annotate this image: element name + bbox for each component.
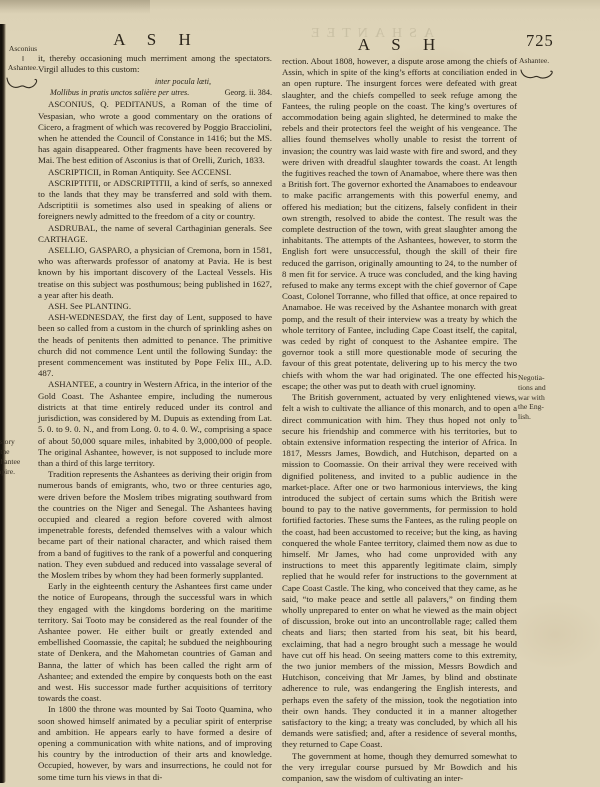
paragraph-early-18th-century: Early in the eighteenth century the Asha… xyxy=(38,581,272,704)
margin-note-ashantee: Ashantee. xyxy=(519,56,565,82)
scanned-book-page: { "page": { "running_head_left": "A S H"… xyxy=(0,0,600,787)
text-column-right: rection. About 1808, however, a dispute … xyxy=(282,56,517,784)
margin-note-line: lish. xyxy=(518,412,564,422)
running-head-right: A S H xyxy=(282,35,517,55)
quote-line: Mollibus in pratis unctos salière per ut… xyxy=(50,87,189,98)
margin-note-line: ‖ xyxy=(5,54,41,64)
margin-note-line: Ashantee xyxy=(0,457,36,467)
entry-ash-wednesday: ASH-WEDNESDAY, the first day of Lent, su… xyxy=(38,312,272,379)
entry-asconius: ASCONIUS, Q. PEDITANUS, a Roman of the t… xyxy=(38,99,272,166)
paragraph-in-1800: In 1800 the throne was mounted by Sai To… xyxy=(38,704,272,782)
margin-note-line: Ashantee. xyxy=(519,56,565,66)
entry-ashantee: ASHANTEE, a country in Western Africa, i… xyxy=(38,379,272,469)
entry-asdrubal: ASDRUBAL, the name of several Carthagini… xyxy=(38,223,272,245)
margin-note-history-of-ashantee-empire: History of the Ashantee empire. xyxy=(0,437,36,477)
entry-ash: ASH. See PLANTING. xyxy=(38,301,272,312)
running-head-left: A S H xyxy=(38,30,272,50)
margin-note-line: History xyxy=(0,437,36,447)
paragraph-government-at-home: The government at home, though they demu… xyxy=(282,751,517,785)
scan-edge-shadow xyxy=(0,24,6,783)
quote-line: inter pocula læti, xyxy=(38,76,272,87)
paragraph-about-1808: rection. About 1808, however, a dispute … xyxy=(282,56,517,392)
margin-note-line: the Eng- xyxy=(518,402,564,412)
entry-ascripticii: ASCRIPTICII, in Roman Antiquity. See ACC… xyxy=(38,167,272,178)
scan-top-shadow xyxy=(0,0,150,14)
entry-asellio: ASELLIO, GASPARO, a physician of Cremona… xyxy=(38,245,272,301)
margin-note-line: war with xyxy=(518,393,564,403)
margin-note-line: empire. xyxy=(0,467,36,477)
brace-flourish-icon xyxy=(5,75,41,93)
margin-note-line: Negotia- xyxy=(518,373,564,383)
margin-note-negotiations-and-war: Negotia- tions and war with the Eng- lis… xyxy=(518,373,564,422)
entry-ascriptitii: ASCRIPTITII, or ADSCRIPTITII, a kind of … xyxy=(38,178,272,223)
text-column-left: it, thereby occasioning much merriment a… xyxy=(38,53,272,783)
paragraph-tradition: Tradition represents the Ashantees as de… xyxy=(38,469,272,581)
margin-note-line: Ashantee. xyxy=(5,63,41,73)
paragraph-british-government: The British government, actuated by very… xyxy=(282,392,517,751)
verse-quotation: inter pocula læti, Mollibus in pratis un… xyxy=(38,76,272,98)
page-number: 725 xyxy=(526,31,554,51)
margin-note-line: of the xyxy=(0,447,36,457)
margin-note-asconius-ashantee: Asconius ‖ Ashantee. xyxy=(5,44,41,93)
quote-citation: Georg. ii. 384. xyxy=(219,87,272,98)
margin-note-line: Asconius xyxy=(5,44,41,54)
brace-flourish-icon xyxy=(519,68,557,82)
paragraph-continuation: it, thereby occasioning much merriment a… xyxy=(38,53,272,75)
margin-note-line: tions and xyxy=(518,383,564,393)
